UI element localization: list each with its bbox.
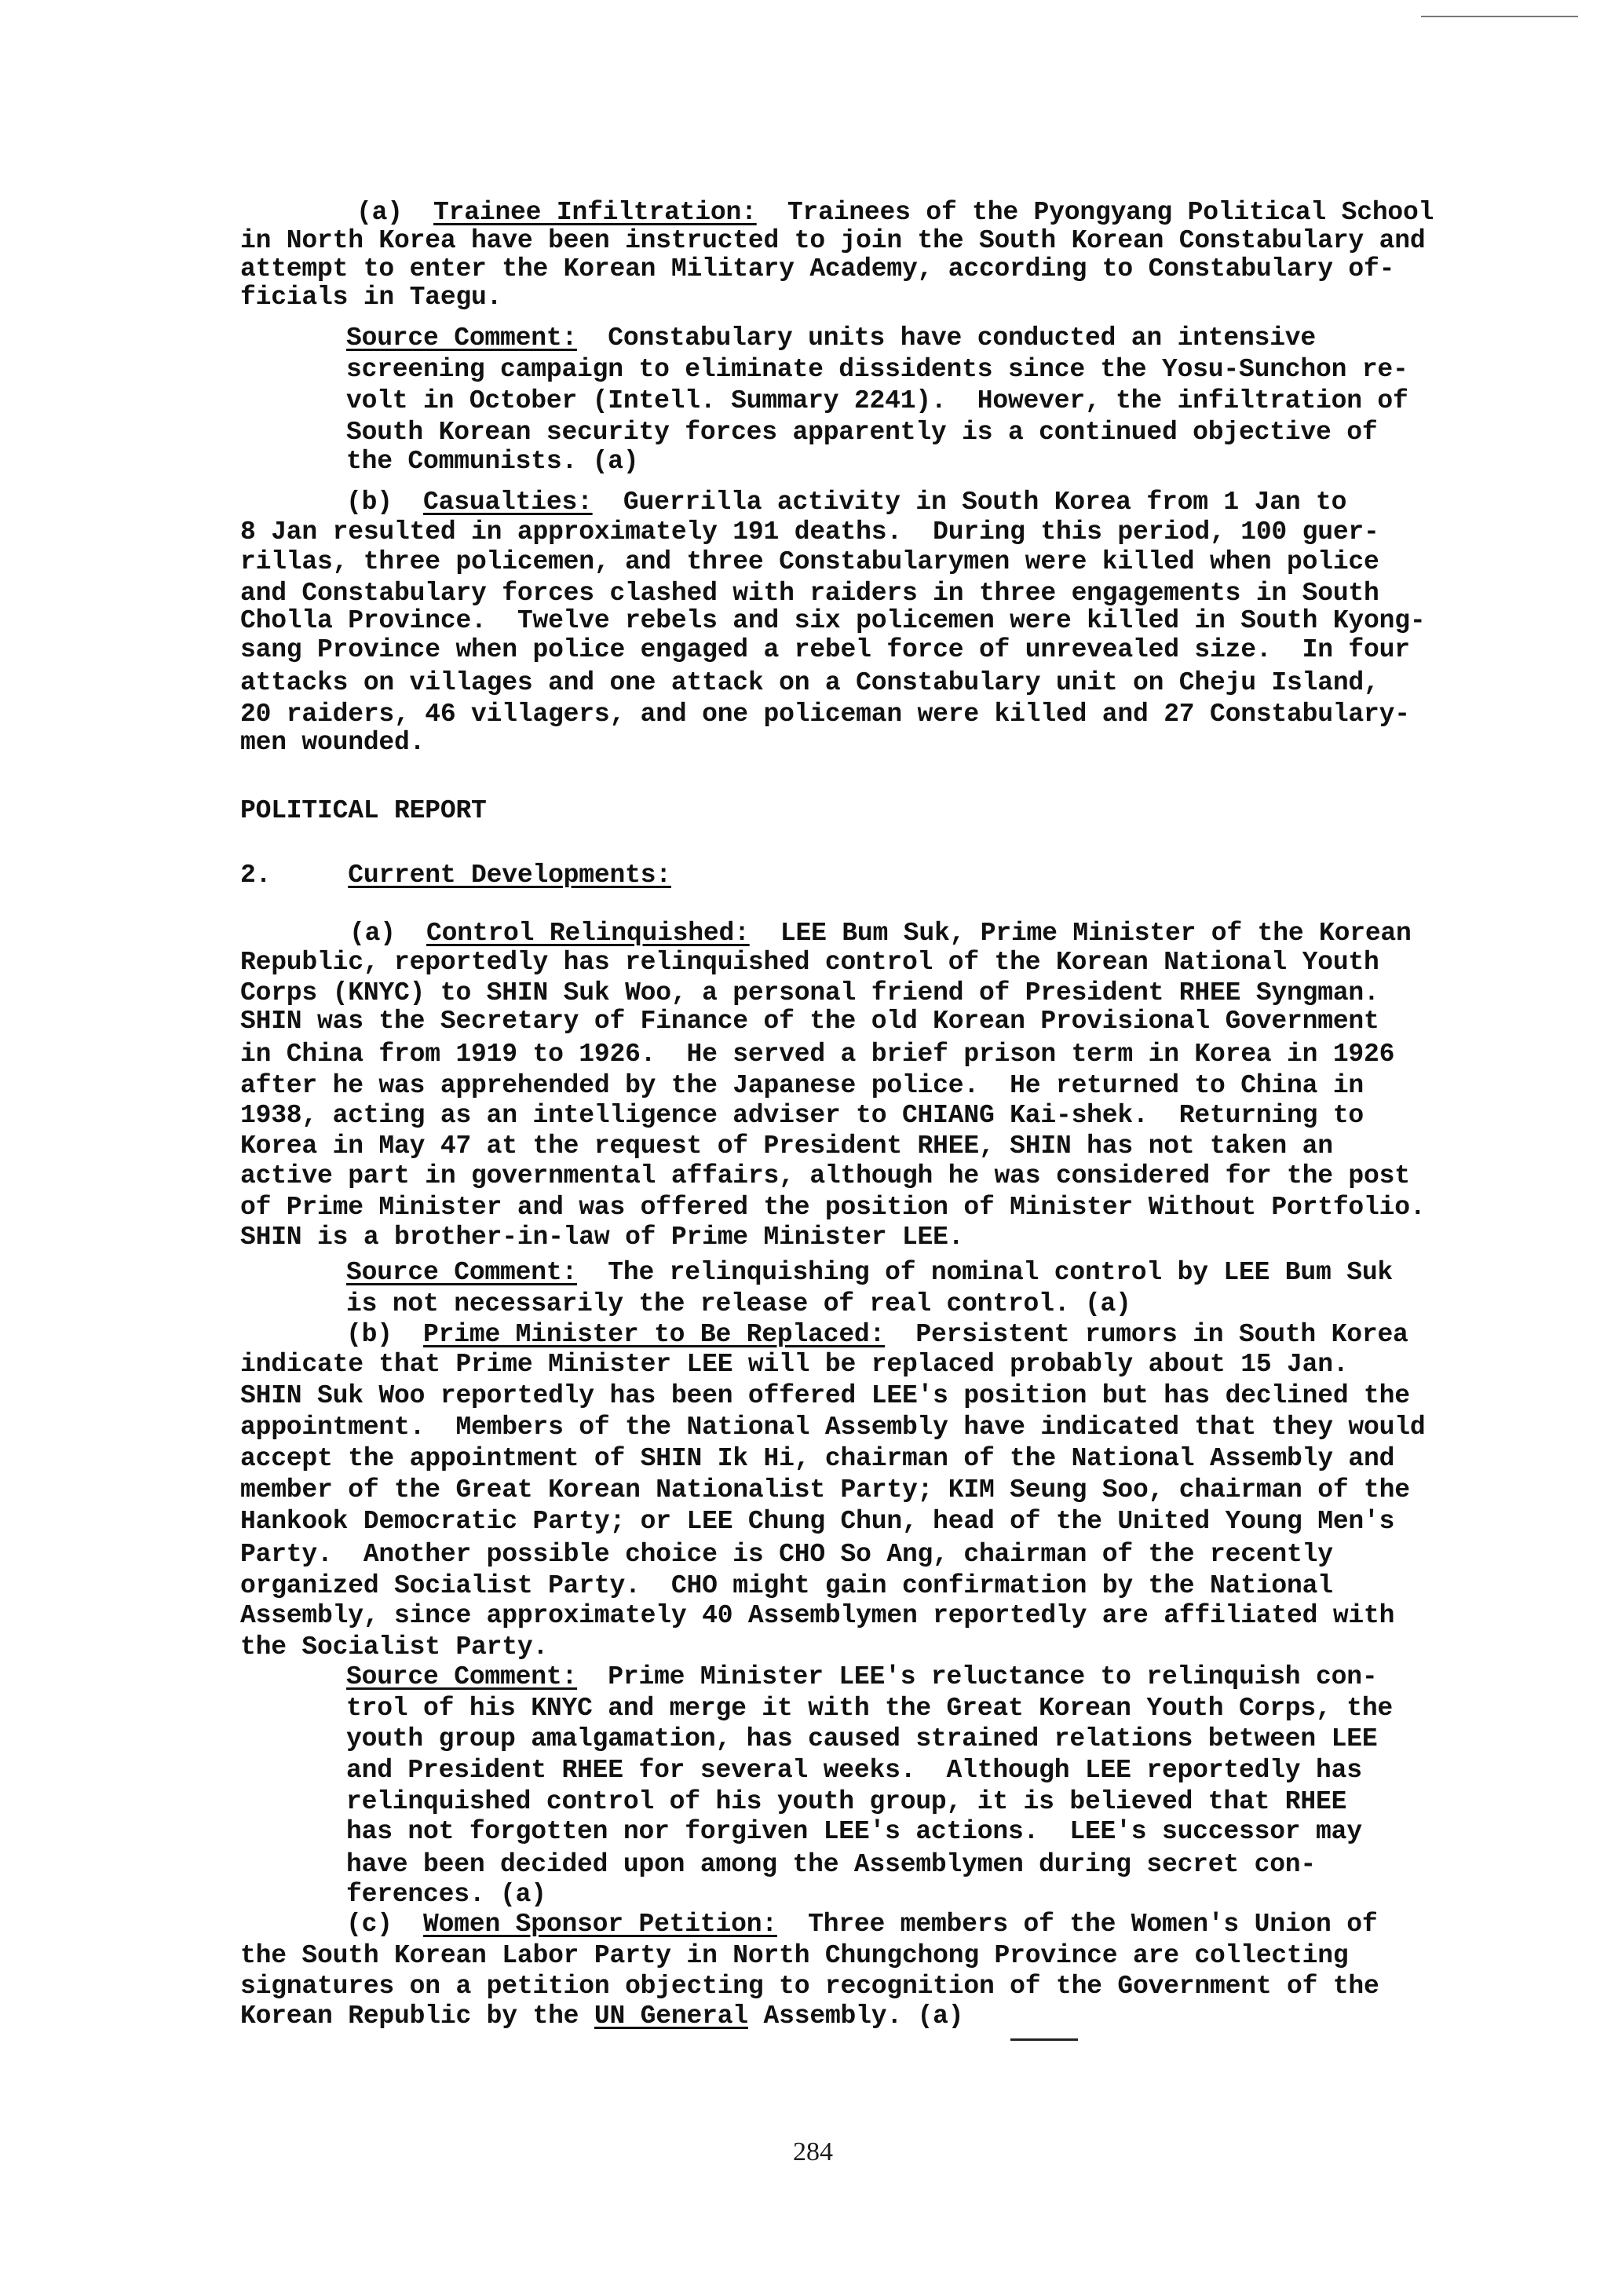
text-line: volt in October (Intell. Summary 2241). … [346, 386, 1408, 416]
line-text: Persistent rumors in South Korea [885, 1320, 1408, 1349]
text-line: of Prime Minister and was offered the po… [240, 1193, 1425, 1223]
text-line: screening campaign to eliminate dissiden… [346, 355, 1408, 385]
text-line: has not forgotten nor forgiven LEE's act… [346, 1817, 1362, 1847]
underlined-heading: Current Developments: [348, 861, 671, 890]
text-line: attempt to enter the Korean Military Aca… [240, 254, 1394, 284]
underlined-heading: Women Sponsor Petition: [423, 1910, 777, 1939]
text-line: Corps (KNYC) to SHIN Suk Woo, a personal… [240, 978, 1379, 1008]
text-line: youth group amalgamation, has caused str… [346, 1724, 1377, 1754]
line-text: Three members of the Women's Union of [777, 1910, 1378, 1939]
text-line: 2. Current Developments: [240, 861, 671, 890]
text-line: (b) Casualties: Guerrilla activity in So… [346, 488, 1346, 517]
scan-artifact-line [1421, 16, 1578, 17]
page-number: 284 [793, 2137, 833, 2167]
text-line: Hankook Democratic Party; or LEE Chung C… [240, 1507, 1394, 1537]
text-line: men wounded. [240, 728, 425, 758]
text-line: ficials in Taegu. [240, 283, 502, 313]
text-line: Assembly, since approximately 40 Assembl… [240, 1601, 1394, 1631]
line-text: Constabulary units have conducted an int… [577, 324, 1316, 353]
line-prefix: (b) [346, 488, 423, 517]
underlined-heading: Source Comment: [346, 1258, 577, 1287]
text-line: after he was apprehended by the Japanese… [240, 1071, 1364, 1101]
text-line: appointment. Members of the National Ass… [240, 1413, 1425, 1442]
text-line: the Socialist Party. [240, 1632, 548, 1662]
text-line: Korean Republic by the UN General Assemb… [240, 2002, 963, 2031]
underlined-heading: Control Relinquished: [426, 919, 750, 948]
text-line: (a) Control Relinquished: LEE Bum Suk, P… [349, 919, 1412, 949]
document-page: (a) Trainee Infiltration: Trainees of th… [0, 0, 1622, 2296]
text-line: Korea in May 47 at the request of Presid… [240, 1132, 1333, 1161]
end-rule [1010, 2038, 1078, 2041]
line-prefix: (a) [349, 919, 426, 948]
text-line: attacks on villages and one attack on a … [240, 668, 1379, 698]
text-line: (b) Prime Minister to Be Replaced: Persi… [346, 1320, 1408, 1350]
text-line: active part in governmental affairs, alt… [240, 1161, 1410, 1191]
underlined-heading: Source Comment: [346, 1662, 577, 1691]
text-line: sang Province when police engaged a rebe… [240, 635, 1410, 665]
text-line: SHIN Suk Woo reportedly has been offered… [240, 1381, 1410, 1411]
text-line: accept the appointment of SHIN Ik Hi, ch… [240, 1444, 1394, 1474]
line-text: Prime Minister LEE's reluctance to relin… [577, 1662, 1377, 1691]
text-line: trol of his KNYC and merge it with the G… [346, 1694, 1393, 1724]
line-prefix: Korean Republic by the [240, 2002, 594, 2031]
text-line: 8 Jan resulted in approximately 191 deat… [240, 517, 1379, 547]
text-line: Republic, reportedly has relinquished co… [240, 948, 1379, 978]
text-line: the Communists. (a) [346, 447, 638, 477]
text-line: indicate that Prime Minister LEE will be… [240, 1350, 1348, 1380]
text-line: and Constabulary forces clashed with rai… [240, 579, 1379, 609]
text-line: ferences. (a) [346, 1880, 546, 1910]
line-prefix: (b) [346, 1320, 423, 1349]
text-line: Cholla Province. Twelve rebels and six p… [240, 606, 1425, 636]
line-text: Trainees of the Pyongyang Political Scho… [757, 198, 1434, 227]
text-line: Source Comment: Prime Minister LEE's rel… [346, 1662, 1377, 1692]
text-line: SHIN is a brother-in-law of Prime Minist… [240, 1223, 963, 1252]
text-line: the South Korean Labor Party in North Ch… [240, 1941, 1348, 1971]
line-text: Assembly. (a) [748, 2002, 963, 2031]
underlined-heading: Casualties: [423, 488, 593, 517]
text-line: rillas, three policemen, and three Const… [240, 547, 1379, 577]
text-line: SHIN was the Secretary of Finance of the… [240, 1007, 1379, 1036]
text-line: (a) Trainee Infiltration: Trainees of th… [356, 198, 1434, 228]
line-text: The relinquishing of nominal control by … [577, 1258, 1393, 1287]
text-line: have been decided upon among the Assembl… [346, 1850, 1316, 1880]
underlined-heading: UN General [594, 2002, 748, 2031]
line-prefix: 2. [240, 861, 348, 890]
text-line: in North Korea have been instructed to j… [240, 226, 1425, 256]
section-heading: POLITICAL REPORT [240, 796, 487, 826]
text-line: and President RHEE for several weeks. Al… [346, 1756, 1362, 1786]
underlined-heading: Trainee Infiltration: [433, 198, 757, 227]
text-line: in China from 1919 to 1926. He served a … [240, 1040, 1394, 1069]
text-line: Party. Another possible choice is CHO So… [240, 1540, 1333, 1570]
text-line: Source Comment: Constabulary units have … [346, 324, 1316, 353]
text-line: signatures on a petition objecting to re… [240, 1972, 1379, 2002]
text-line: 1938, acting as an intelligence adviser … [240, 1101, 1364, 1131]
text-line: Source Comment: The relinquishing of nom… [346, 1258, 1393, 1288]
line-text: LEE Bum Suk, Prime Minister of the Korea… [750, 919, 1412, 948]
text-line: member of the Great Korean Nationalist P… [240, 1475, 1410, 1505]
text-line: is not necessarily the release of real c… [346, 1289, 1131, 1319]
text-line: (c) Women Sponsor Petition: Three member… [346, 1910, 1377, 1940]
underlined-heading: Prime Minister to Be Replaced: [423, 1320, 885, 1349]
line-text: Guerrilla activity in South Korea from 1… [593, 488, 1347, 517]
text-line: South Korean security forces apparently … [346, 418, 1377, 448]
line-prefix: (c) [346, 1910, 423, 1939]
text-line: relinquished control of his youth group,… [346, 1787, 1346, 1817]
text-line: 20 raiders, 46 villagers, and one police… [240, 700, 1410, 729]
line-prefix: (a) [356, 198, 433, 227]
text-line: organized Socialist Party. CHO might gai… [240, 1571, 1333, 1601]
underlined-heading: Source Comment: [346, 324, 577, 353]
